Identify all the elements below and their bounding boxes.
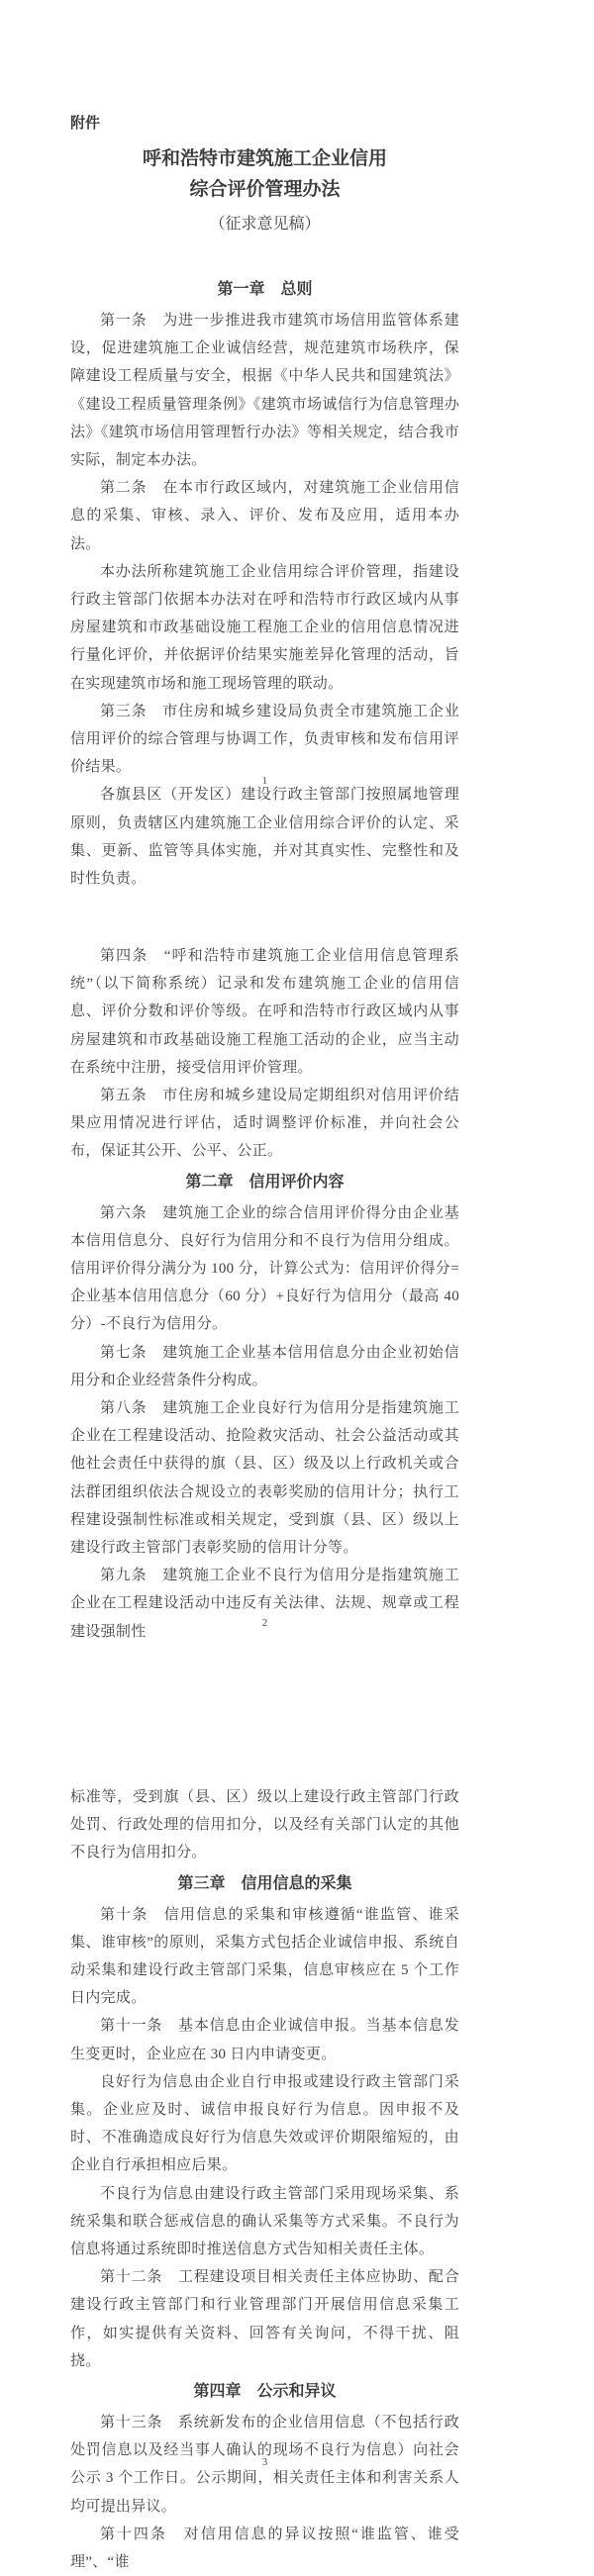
- document-subtitle: （征求意见稿）: [70, 214, 459, 236]
- paragraph: 标准等，受到旗（县、区）级以上建设行政主管部门行政处罚、行政处理的信用扣分，以及…: [70, 1783, 459, 1867]
- paragraph: 第十一条 基本信息由企业诚信申报。当基本信息发生变更时，企业应在 30 日内申请…: [70, 2012, 459, 2067]
- paragraph: 第七条 建筑施工企业基本信用信息分由企业初始信用分和企业经营条件分构成。: [70, 1339, 459, 1394]
- chapter-heading: 第一章 总则: [70, 276, 459, 304]
- paragraph: 第三条 市住房和城乡建设局负责全市建筑施工企业信用评价的综合管理与协调工作，负责…: [70, 698, 459, 782]
- paragraph: 第四条 “呼和浩特市建筑施工企业信用信息管理系统”（以下简称系统）记录和发布建筑…: [70, 942, 459, 1082]
- paragraph: 第十四条 对信用信息的异议按照“谁监管、谁受理”、“谁: [70, 2521, 459, 2576]
- page-2-number: 2: [70, 1617, 459, 1629]
- chapter-heading: 第四章 公示和异议: [70, 2378, 459, 2406]
- attachment-label: 附件: [70, 0, 459, 133]
- document-page-3: 标准等，受到旗（县、区）级以上建设行政主管部门行政处罚、行政处理的信用扣分，以及…: [0, 1783, 594, 2520]
- document-title-line2: 综合评价管理办法: [70, 174, 459, 205]
- paragraph: 第十二条 工程建设项目相关责任主体应协助、配合建设行政主管部门和行业管理部门开展…: [70, 2263, 459, 2375]
- paragraph: 第八条 建筑施工企业良好行为信用分是指建筑施工企业在工程建设活动、抢险救灾活动、…: [70, 1394, 459, 1562]
- document-page-2: 第四条 “呼和浩特市建筑施工企业信用信息管理系统”（以下简称系统）记录和发布建筑…: [0, 942, 594, 1645]
- document-title-line1: 呼和浩特市建筑施工企业信用: [70, 143, 459, 174]
- paragraph: 各旗县区（开发区）建设行政主管部门按照属地管理原则，负责辖区内建筑施工企业信用综…: [70, 781, 459, 893]
- page-1-number: 1: [70, 775, 459, 787]
- paragraph: 第六条 建筑施工企业的综合信用评价得分由企业基本信用信息分、良好行为信用分和不良…: [70, 1199, 459, 1339]
- paragraph: 第十条 信用信息的采集和审核遵循“谁监管、谁采集、谁审核”的原则，采集方式包括企…: [70, 1901, 459, 2013]
- paragraph: 第九条 建筑施工企业不良行为信用分是指建筑施工企业在工程建设活动中违反有关法律、…: [70, 1562, 459, 1646]
- document-page-1: 附件 呼和浩特市建筑施工企业信用 综合评价管理办法 （征求意见稿） 第一章 总则…: [0, 0, 594, 871]
- page-3-number: 3: [70, 2456, 459, 2468]
- paragraph: 第一条 为进一步推进我市建筑市场信用监管体系建设，促进建筑施工企业诚信经营，规范…: [70, 307, 459, 474]
- paragraph: 第二条 在本市行政区域内，对建筑施工企业信用信息的采集、审核、录入、评价、发布及…: [70, 474, 459, 558]
- paragraph: 本办法所称建筑施工企业信用综合评价管理，指建设行政主管部门依据本办法对在呼和浩特…: [70, 558, 459, 698]
- paragraph: 不良行为信息由建设行政主管部门采用现场采集、系统采集和联合惩戒信息的确认采集等方…: [70, 2180, 459, 2264]
- document-title: 呼和浩特市建筑施工企业信用 综合评价管理办法: [70, 143, 459, 205]
- chapter-heading: 第三章 信用信息的采集: [70, 1870, 459, 1898]
- paragraph: 良好行为信息由企业自行申报或建设行政主管部门采集。企业应及时、诚信申报良好行为信…: [70, 2068, 459, 2180]
- page-1-body: 第一章 总则第一条 为进一步推进我市建筑市场信用监管体系建设，促进建筑施工企业诚…: [70, 276, 459, 893]
- chapter-heading: 第二章 信用评价内容: [70, 1169, 459, 1196]
- page-2-body: 第四条 “呼和浩特市建筑施工企业信用信息管理系统”（以下简称系统）记录和发布建筑…: [70, 942, 459, 1646]
- paragraph: 第五条 市住房和城乡建设局定期组织对信用评价结果应用情况进行评估，适时调整评价标…: [70, 1082, 459, 1166]
